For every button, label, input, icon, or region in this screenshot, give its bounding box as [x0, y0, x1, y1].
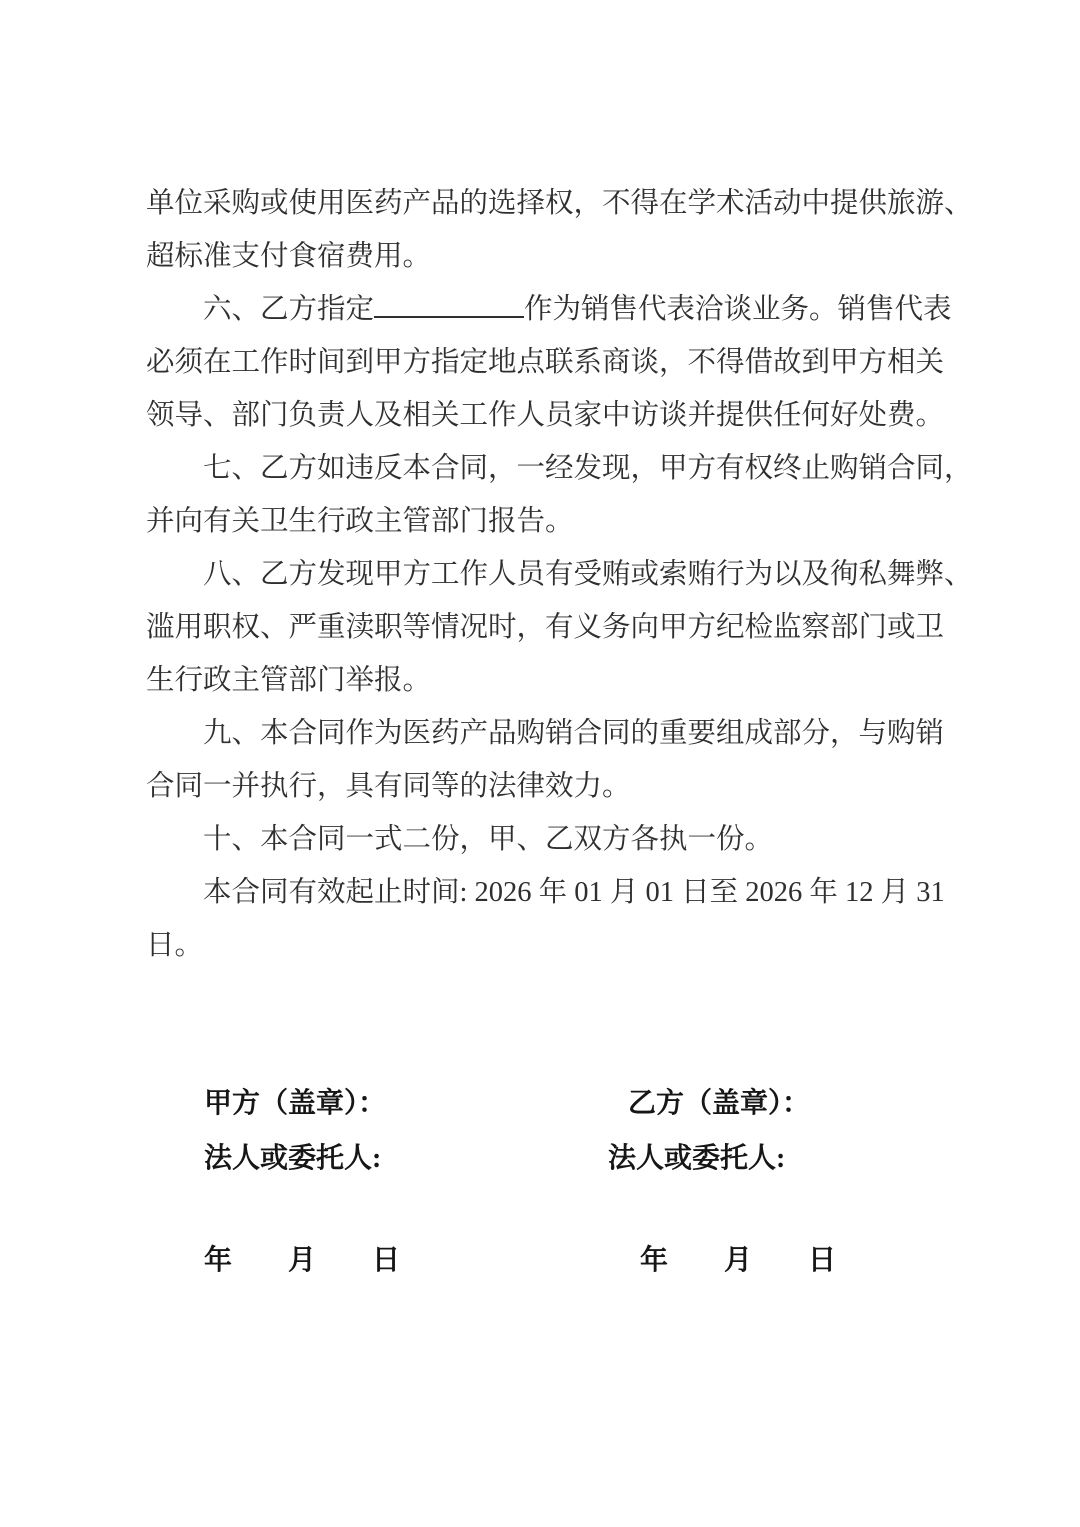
- clause5-continuation-line-2: 超标准支付食宿费用。: [146, 230, 946, 283]
- contract-page: 单位采购或使用医药产品的选择权，不得在学术活动中提供旅游、 超标准支付食宿费用。…: [0, 0, 1080, 1527]
- clause6-line-3: 领导、部门负责人及相关工作人员家中访谈并提供任何好处费。: [146, 389, 946, 442]
- party-b-date-label: 年 月 日: [640, 1245, 836, 1277]
- clause5-continuation-line-1: 单位采购或使用医药产品的选择权，不得在学术活动中提供旅游、: [146, 177, 946, 230]
- clause6-after-blank-text: 作为销售代表洽谈业务。销售代表: [524, 294, 952, 325]
- clause6-line-2: 必须在工作时间到甲方指定地点联系商谈，不得借故到甲方相关: [146, 336, 946, 389]
- clause7-line-1: 七、乙方如违反本合同，一经发现，甲方有权终止购销合同，: [146, 442, 946, 495]
- party-b-seal-label: 乙方（盖章）：: [628, 1088, 810, 1120]
- validity-line-1: 本合同有效起止时间: 2026 年 01 月 01 日至 2026 年 12 月…: [146, 866, 946, 919]
- clause8-line-1: 八、乙方发现甲方工作人员有受贿或索贿行为以及徇私舞弊、: [146, 548, 946, 601]
- clause10-line-1: 十、本合同一式二份，甲、乙双方各执一份。: [146, 813, 946, 866]
- clause9-line-2: 合同一并执行，具有同等的法律效力。: [146, 760, 946, 813]
- party-a-legal-label: 法人或委托人:: [204, 1143, 381, 1175]
- party-a-seal-label: 甲方（盖章）：: [204, 1088, 386, 1120]
- clause9-line-1: 九、本合同作为医药产品购销合同的重要组成部分，与购销: [146, 707, 946, 760]
- clause7-line-2: 并向有关卫生行政主管部门报告。: [146, 495, 946, 548]
- party-b-legal-label: 法人或委托人:: [608, 1143, 785, 1175]
- clause8-line-2: 滥用职权、严重渎职等情况时，有义务向甲方纪检监察部门或卫: [146, 601, 946, 654]
- clause8-line-3: 生行政主管部门举报。: [146, 654, 946, 707]
- validity-line-2: 日。: [146, 919, 946, 972]
- clause6-lead-text: 六、乙方指定: [203, 294, 374, 325]
- party-a-date-label: 年 月 日: [204, 1245, 400, 1277]
- contract-body: 单位采购或使用医药产品的选择权，不得在学术活动中提供旅游、 超标准支付食宿费用。…: [146, 177, 946, 972]
- fill-in-blank-underline: [374, 316, 524, 318]
- clause6-line-1: 六、乙方指定作为销售代表洽谈业务。销售代表: [146, 283, 946, 336]
